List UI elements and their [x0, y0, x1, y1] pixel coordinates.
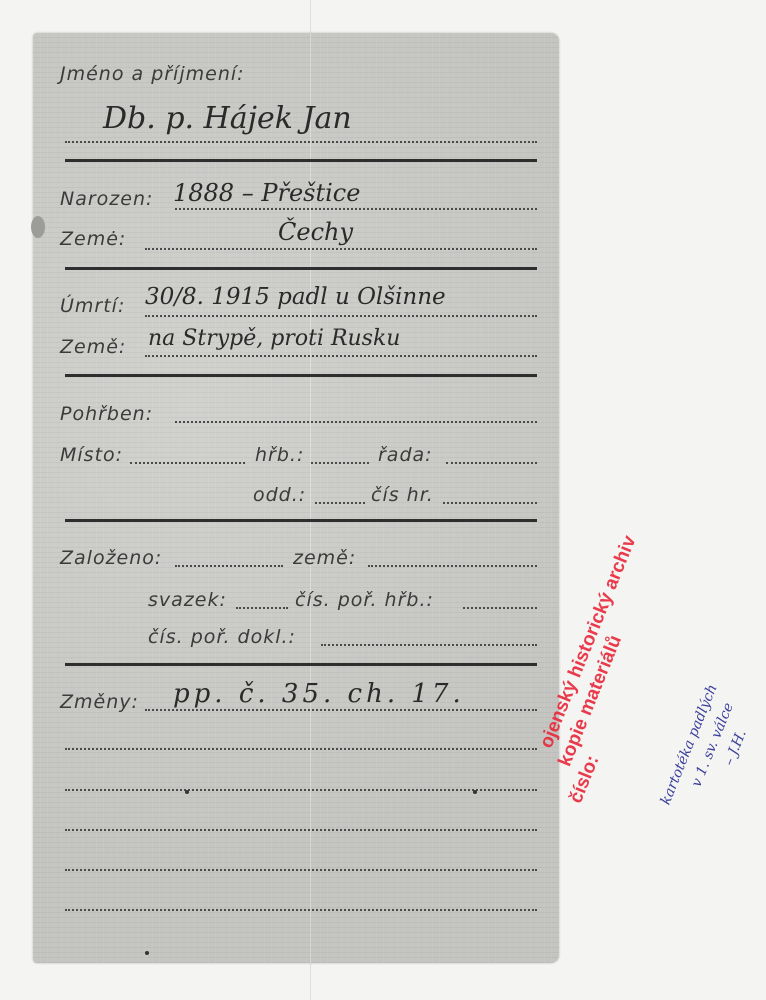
section-divider	[65, 519, 537, 522]
section-divider	[65, 374, 537, 377]
record-card: Jméno a příjmení: Db. p. Hájek Jan Naroz…	[33, 33, 559, 963]
changes-field-line	[65, 789, 537, 791]
place-field-line	[130, 462, 245, 464]
changes-label: Změny:	[60, 691, 139, 713]
name-label: Jméno a příjmení:	[60, 63, 245, 85]
changes-value: pp. č. 35. ch. 17.	[173, 679, 465, 709]
place-label: Místo:	[60, 444, 123, 466]
death-country-value: na Strypě, proti Rusku	[148, 326, 400, 351]
changes-field-line	[65, 829, 537, 831]
handwritten-note: kartotéka padlých v 1. sv. válce – J.H.	[655, 681, 764, 825]
death-country-field-line	[145, 355, 537, 357]
grave-seq-label: čís. poř. hřb.:	[295, 589, 434, 611]
section-divider	[65, 663, 537, 666]
founded-field-line	[175, 565, 283, 567]
born-field-line	[175, 208, 537, 210]
grave-label: hřb.:	[255, 444, 304, 466]
changes-field-line	[65, 748, 537, 750]
founded-country-label: země:	[293, 547, 356, 569]
doc-seq-label: čís. poř. dokl.:	[148, 626, 296, 648]
born-label: Narozen:	[60, 188, 153, 210]
born-country-field-line	[145, 248, 537, 250]
death-country-label: Země:	[60, 336, 126, 358]
death-field-line	[145, 315, 537, 317]
buried-field-line	[175, 421, 537, 423]
speck	[473, 790, 477, 794]
card-fold	[310, 33, 311, 963]
born-country-label: Zemė:	[60, 228, 126, 250]
born-value: 1888 – Přeštice	[173, 179, 360, 207]
volume-field-line	[236, 607, 288, 609]
doc-seq-field-line	[321, 644, 537, 646]
grave-number-field-line	[443, 502, 537, 504]
speck	[145, 951, 149, 955]
name-value: Db. p. Hájek Jan	[103, 101, 352, 136]
founded-country-field-line	[368, 565, 537, 567]
section-label: odd.:	[253, 484, 306, 506]
born-country-value: Čechy	[278, 218, 353, 246]
changes-field-line	[65, 869, 537, 871]
section-field-line	[315, 502, 365, 504]
row-label: řada:	[378, 444, 433, 466]
name-field-line	[65, 141, 537, 143]
grave-field-line	[311, 462, 369, 464]
changes-field-line	[65, 909, 537, 911]
grave-seq-field-line	[463, 607, 537, 609]
ink-blot	[31, 216, 45, 238]
changes-field-line	[145, 709, 537, 711]
death-label: Úmrtí:	[60, 295, 125, 317]
grave-number-label: čís hr.	[371, 484, 434, 506]
death-value: 30/8. 1915 padl u Olšinne	[145, 284, 446, 310]
volume-label: svazek:	[148, 589, 227, 611]
row-field-line	[446, 462, 537, 464]
buried-label: Pohřben:	[60, 403, 153, 425]
section-divider	[65, 267, 537, 270]
section-divider	[65, 159, 537, 162]
founded-label: Založeno:	[60, 547, 162, 569]
speck	[185, 790, 189, 794]
